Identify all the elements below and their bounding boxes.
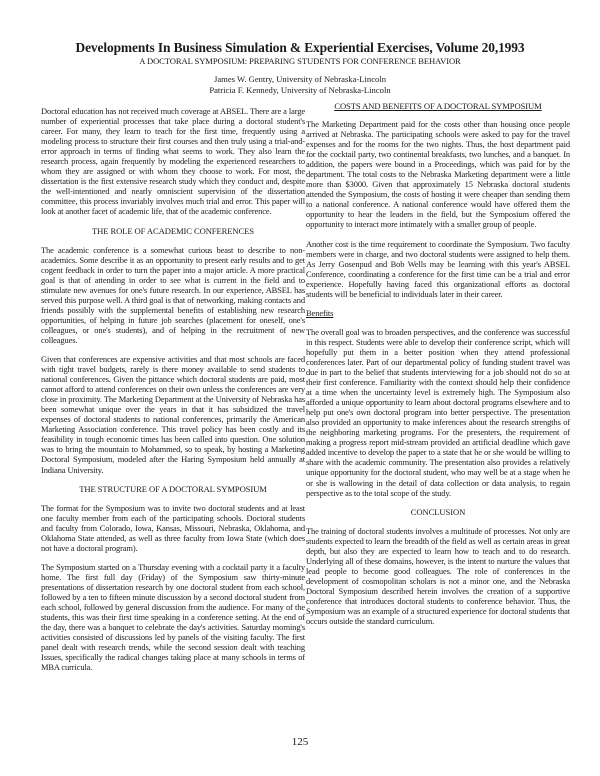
subheading-benefits: Benefits xyxy=(306,308,570,318)
author-2: Patricia F. Kennedy, University of Nebra… xyxy=(0,85,600,96)
page-header: Developments In Business Simulation & Ex… xyxy=(0,40,600,95)
body-paragraph: The training of doctoral students involv… xyxy=(306,526,570,626)
page-number: 125 xyxy=(0,736,600,748)
paper-title: A DOCTORAL SYMPOSIUM: PREPARING STUDENTS… xyxy=(0,56,600,67)
author-list: James W. Gentry, University of Nebraska-… xyxy=(0,74,600,95)
body-paragraph: Another cost is the time requirement to … xyxy=(306,239,570,299)
section-heading-structure: THE STRUCTURE OF A DOCTORAL SYMPOSIUM xyxy=(41,484,305,494)
right-column: COSTS AND BENEFITS OF A DOCTORAL SYMPOSI… xyxy=(306,101,570,635)
section-heading-conclusion: CONCLUSION xyxy=(306,507,570,517)
intro-paragraph: Doctoral education has not received much… xyxy=(41,106,305,217)
body-paragraph: The overall goal was to broaden perspect… xyxy=(306,327,570,498)
section-heading-costs-benefits: COSTS AND BENEFITS OF A DOCTORAL SYMPOSI… xyxy=(306,101,570,111)
body-paragraph: The format for the Symposium was to invi… xyxy=(41,503,305,553)
body-paragraph: Given that conferences are expensive act… xyxy=(41,354,305,475)
journal-title: Developments In Business Simulation & Ex… xyxy=(0,40,600,56)
section-heading-role: THE ROLE OF ACADEMIC CONFERENCES xyxy=(41,226,305,236)
body-paragraph: The Symposium started on a Thursday even… xyxy=(41,562,305,673)
left-column: Doctoral education has not received much… xyxy=(41,106,305,681)
author-1: James W. Gentry, University of Nebraska-… xyxy=(0,74,600,85)
body-paragraph: The academic conference is a somewhat cu… xyxy=(41,245,305,345)
body-paragraph: The Marketing Department paid for the co… xyxy=(306,119,570,230)
